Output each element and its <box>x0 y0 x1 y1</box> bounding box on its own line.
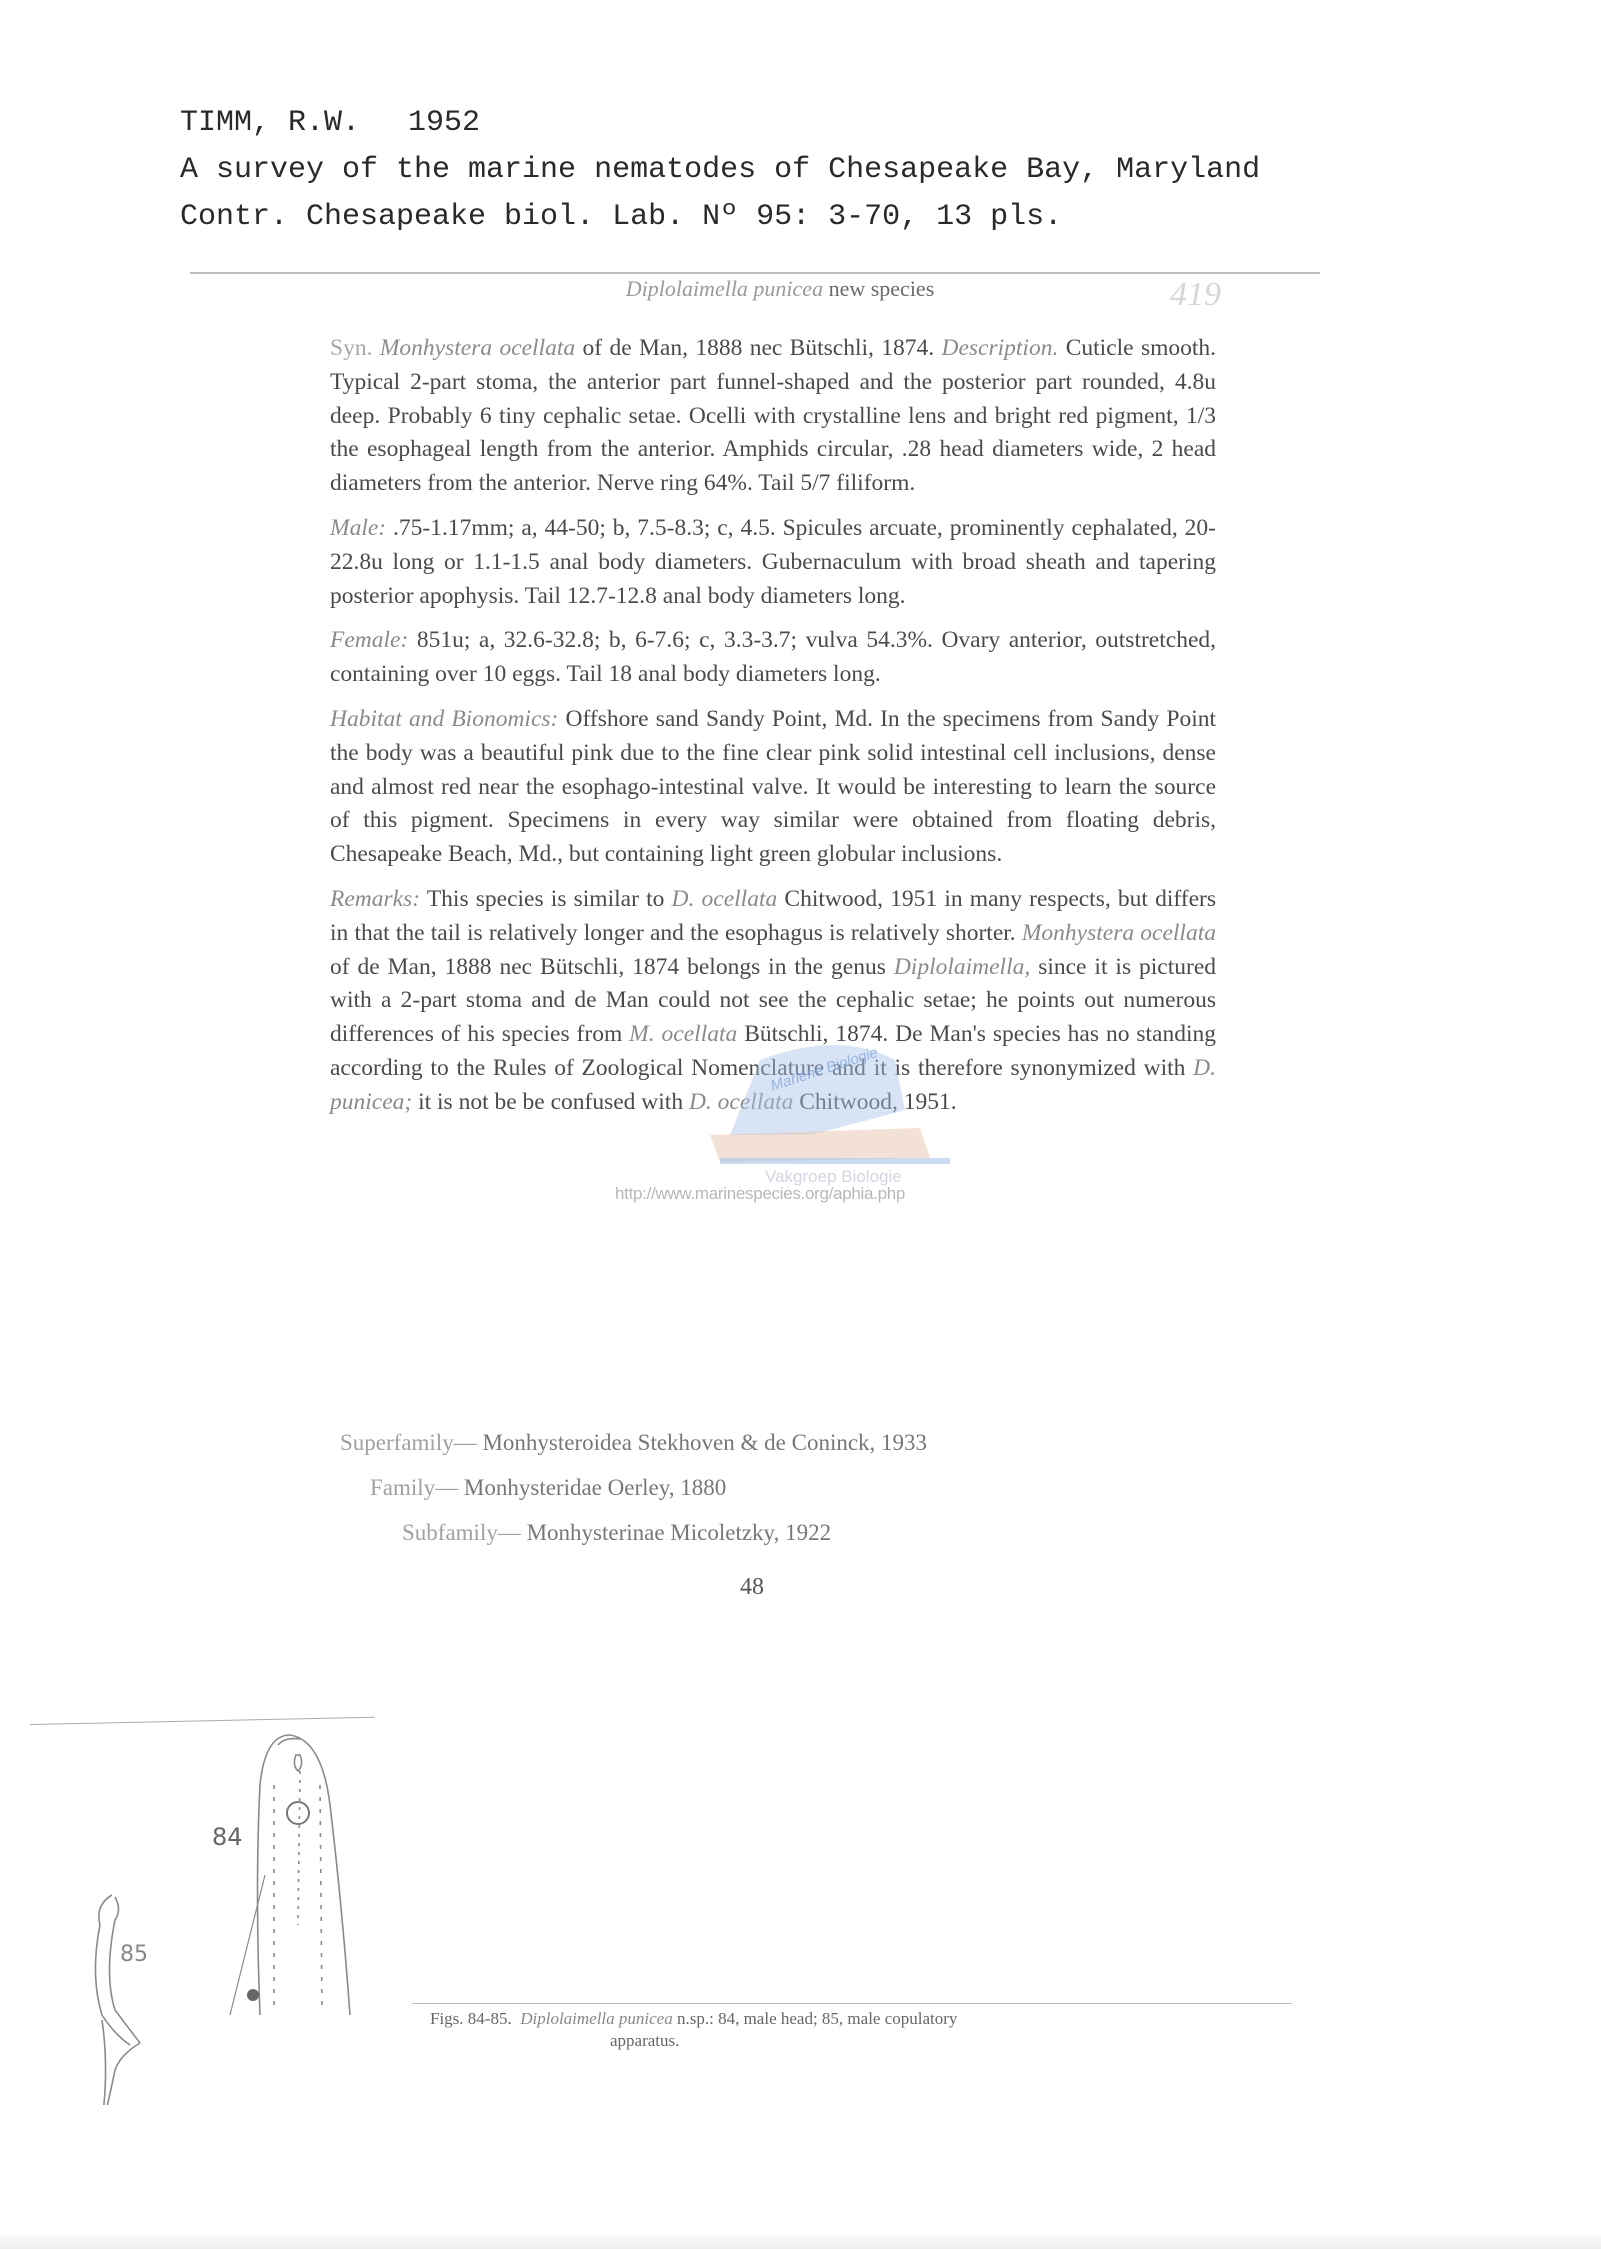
paragraph-female: Female: 851u; a, 32.6-32.8; b, 6-7.6; c,… <box>330 624 1216 692</box>
caption-divider <box>412 2003 1292 2004</box>
species-description: Syn. Monhystera ocellata of de Man, 1888… <box>330 332 1216 1131</box>
paragraph-habitat: Habitat and Bionomics: Offshore sand San… <box>330 703 1216 872</box>
paragraph-remarks: Remarks: This species is similar to D. o… <box>330 883 1216 1120</box>
author-year-line: TIMM, R.W.1952 <box>180 100 1260 147</box>
divider <box>190 272 1320 274</box>
paragraph-male: Male: .75-1.17mm; a, 44-50; b, 7.5-8.3; … <box>330 512 1216 613</box>
figure-divider <box>30 1717 375 1725</box>
species-heading: Diplolaimella punicea new species <box>330 276 1230 302</box>
paper-title: A survey of the marine nematodes of Ches… <box>180 147 1260 194</box>
family-line: Family— Monhysteridae Oerley, 1880 <box>370 1465 927 1510</box>
fig-84-male-head <box>230 1735 350 2015</box>
page-number: 48 <box>740 1574 764 1601</box>
species-name: Diplolaimella punicea <box>626 276 823 301</box>
watermark-url: http://www.marinespecies.org/aphia.php <box>615 1184 905 1204</box>
year: 1952 <box>408 106 480 140</box>
fig-84-label: 84 <box>212 1823 243 1851</box>
superfamily-line: Superfamily— Monhysteroidea Stekhoven & … <box>340 1420 927 1465</box>
figure-caption: Figs. 84-85. Diplolaimella punicea n.sp.… <box>430 2008 1310 2052</box>
fig-85-label: 85 <box>120 1942 148 1967</box>
handwritten-catalog-number: 419 <box>1170 276 1221 314</box>
paragraph-synonym-description: Syn. Monhystera ocellata of de Man, 1888… <box>330 332 1216 501</box>
author: TIMM, R.W. <box>180 106 360 140</box>
citation: Contr. Chesapeake biol. Lab. Nº 95: 3-70… <box>180 194 1260 241</box>
index-card-header: TIMM, R.W.1952 A survey of the marine ne… <box>180 100 1260 241</box>
fig-85-copulatory-apparatus <box>95 1895 140 2105</box>
scan-edge <box>0 2236 1601 2249</box>
species-suffix: new species <box>829 276 935 301</box>
taxonomy-block: Superfamily— Monhysteroidea Stekhoven & … <box>340 1420 927 1555</box>
nematode-figure: 84 85 <box>60 1725 360 2105</box>
subfamily-line: Subfamily— Monhysterinae Micoletzky, 192… <box>402 1510 927 1555</box>
